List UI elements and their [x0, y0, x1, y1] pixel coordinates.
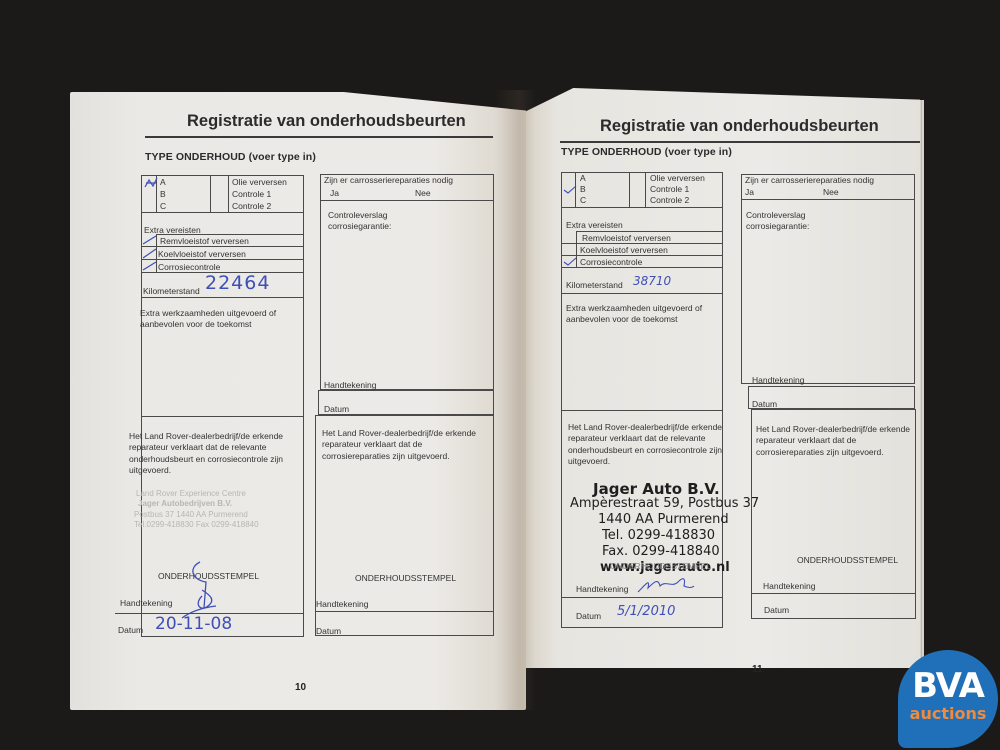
check-2-label: Controle 2 — [232, 201, 271, 212]
grid-line — [741, 199, 915, 200]
type-b-label: B — [160, 189, 166, 200]
body-stamp-label: ONDERHOUDSSTEMPEL — [355, 573, 456, 584]
section-subtitle: TYPE ONDERHOUD (voer type in) — [145, 151, 316, 163]
extra-work-label: Extra werkzaamheden uitgevoerd of aanbev… — [140, 308, 300, 331]
grid-line — [561, 267, 723, 268]
faded-stamp-line: Jager Autobedrijven B.V. — [138, 499, 232, 510]
section-subtitle: TYPE ONDERHOUD (voer type in) — [561, 146, 732, 158]
signature-icon[interactable] — [180, 560, 230, 620]
signature-icon[interactable] — [636, 574, 696, 596]
body-repair-statement: Het Land Rover-dealerbedrijf/de erkende … — [756, 424, 911, 458]
type-a-label: A — [160, 177, 166, 188]
logo-subtext: auctions — [898, 704, 998, 723]
body-date-label-2: Datum — [316, 626, 341, 637]
grid-line — [561, 207, 723, 208]
corrosion-report-label: Controleverslag corrosiegarantie: — [328, 210, 418, 233]
oil-change-label: Olie verversen — [232, 177, 287, 188]
date-value[interactable]: 5/1/2010 — [617, 604, 675, 619]
body-repair-no[interactable]: Nee — [415, 188, 431, 199]
body-repair-no[interactable]: Nee — [823, 187, 839, 198]
grid-line — [210, 175, 211, 212]
body-signature-label-2: Handtekening — [316, 599, 368, 610]
date-value[interactable]: 20-11-08 — [155, 614, 232, 634]
grid-line — [315, 611, 494, 612]
check-1-label: Controle 1 — [232, 189, 271, 200]
page-number: 11 — [752, 664, 763, 675]
page-number: 10 — [295, 682, 306, 693]
date-label: Datum — [118, 625, 143, 636]
grid-line — [561, 293, 723, 294]
body-repair-yes[interactable]: Ja — [330, 188, 339, 199]
coolant-label: Koelvloeistof verversen — [580, 245, 668, 256]
faded-stamp-line: Tel.0299-418830 Fax 0299-418840 — [134, 520, 259, 531]
oil-change-label: Olie verversen — [650, 173, 705, 184]
grid-line — [141, 416, 304, 417]
dealer-statement: Het Land Rover-dealerbedrijf/de erkende … — [129, 431, 299, 477]
extra-requirements-label: Extra vereisten — [566, 220, 623, 231]
grid-line — [561, 410, 723, 411]
signature-label: Handtekening — [576, 584, 628, 595]
body-signature-label: Handtekening — [752, 375, 804, 386]
body-repair-question: Zijn er carrosseriereparaties nodig — [324, 175, 453, 186]
title-rule — [560, 141, 920, 143]
checkmark-icon[interactable] — [563, 256, 577, 266]
title-rule — [145, 136, 493, 138]
mileage-label: Kilometerstand — [143, 286, 200, 297]
coolant-label: Koelvloeistof verversen — [158, 249, 246, 260]
body-repair-box — [741, 174, 915, 384]
body-repair-question: Zijn er carrosseriereparaties nodig — [745, 175, 874, 186]
mileage-value[interactable]: 22464 — [205, 272, 270, 294]
body-stamp-label: ONDERHOUDSSTEMPEL — [797, 555, 898, 566]
type-c-label: C — [160, 201, 166, 212]
page-title: Registratie van onderhoudsbeurten — [187, 112, 466, 131]
bva-auctions-logo: BVA auctions — [898, 650, 998, 748]
checkmark-icon[interactable] — [563, 184, 577, 194]
grid-line — [561, 597, 723, 598]
grid-line — [141, 297, 304, 298]
date-label: Datum — [576, 611, 601, 622]
body-date-label: Datum — [324, 404, 349, 415]
brake-fluid-label: Remvloeistof verversen — [582, 233, 671, 244]
mileage-value[interactable]: 38710 — [633, 274, 671, 288]
body-repair-yes[interactable]: Ja — [745, 187, 754, 198]
signature-label: Handtekening — [120, 598, 172, 609]
checkmark-icon[interactable] — [142, 234, 158, 272]
grid-line — [629, 172, 630, 207]
checkmark-icon[interactable] — [144, 177, 158, 189]
type-a-label: A — [580, 173, 586, 184]
grid-line — [576, 231, 723, 232]
stamp-fax: Fax. 0299-418840 — [602, 544, 720, 561]
body-repair-statement: Het Land Rover-dealerbedrijf/de erkende … — [322, 428, 487, 462]
grid-line — [645, 172, 646, 207]
stamp-tel: Tel. 0299-418830 — [602, 528, 715, 545]
grid-line — [320, 200, 494, 201]
check-2-label: Controle 2 — [650, 195, 689, 206]
brake-fluid-label: Remvloeistof verversen — [160, 236, 249, 247]
body-signature-label-2: Handtekening — [763, 581, 815, 592]
corrosion-report-label: Controleverslag corrosiegarantie: — [746, 210, 836, 233]
extra-work-label: Extra werkzaamheden uitgevoerd of aanbev… — [566, 303, 716, 326]
type-b-label: B — [580, 184, 586, 195]
grid-line — [141, 212, 304, 213]
body-repair-box — [320, 174, 494, 390]
grid-line — [751, 593, 916, 594]
logo-brand: BVA — [898, 666, 998, 706]
type-c-label: C — [580, 195, 586, 206]
stamp-city: 1440 AA Purmerend — [598, 512, 729, 529]
page-title: Registratie van onderhoudsbeurten — [600, 117, 879, 136]
body-date-label-2: Datum — [764, 605, 789, 616]
stamp-address: Ampèrestraat 59, Postbus 37 — [570, 496, 759, 513]
grid-line — [228, 175, 229, 212]
mileage-label: Kilometerstand — [566, 280, 623, 291]
dealer-statement: Het Land Rover-dealerbedrijf/de erkende … — [568, 422, 723, 468]
check-1-label: Controle 1 — [650, 184, 689, 195]
stamp-label: ONDERHOUDSSTEMPEL — [610, 561, 711, 572]
grid-line — [156, 234, 304, 235]
